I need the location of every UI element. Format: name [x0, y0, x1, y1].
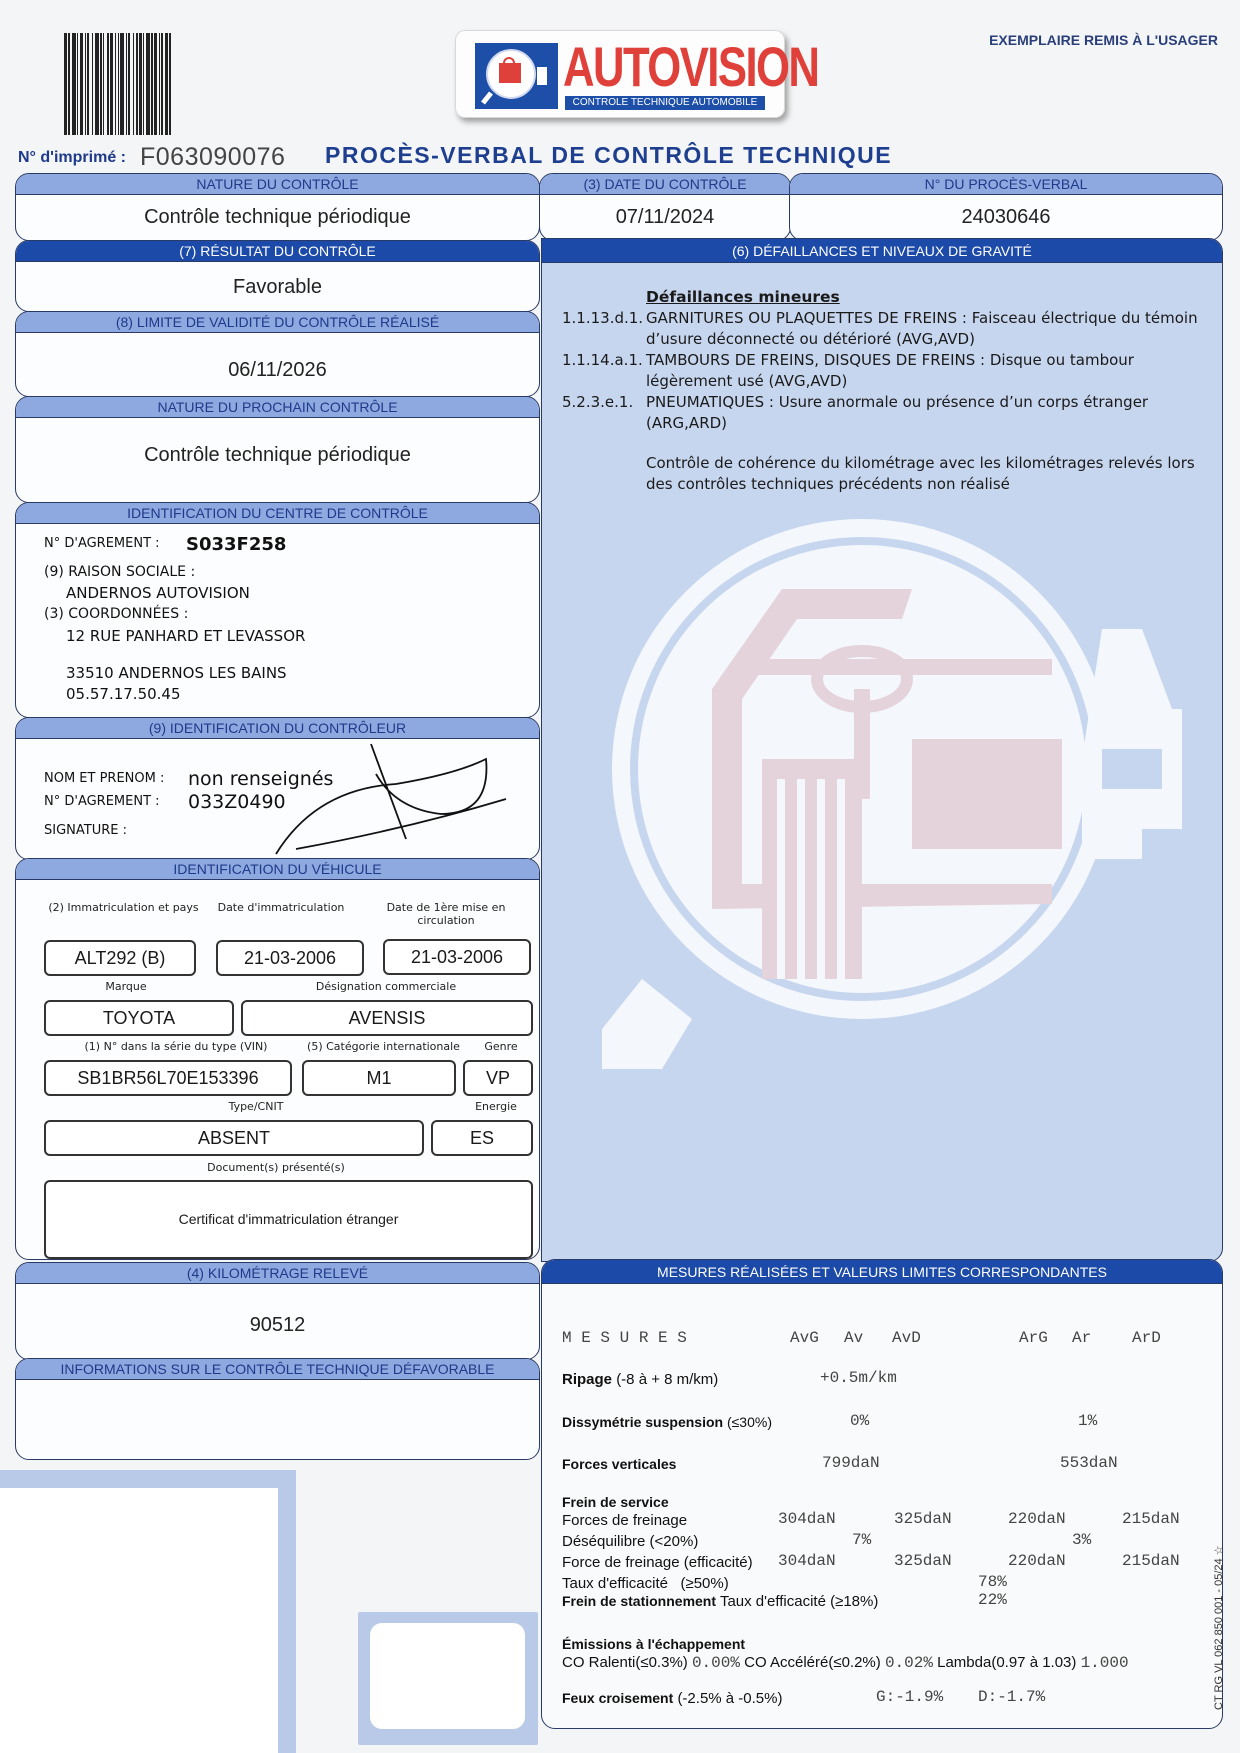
- model-label: Désignation commerciale: [246, 980, 526, 993]
- documents-field: Certificat d'immatriculation étranger: [44, 1180, 533, 1259]
- barcode: [64, 33, 286, 135]
- dipped-beam-limit: (-2.5% à -0.5%): [677, 1690, 782, 1707]
- panel-header: (6) DÉFAILLANCES ET NIVEAUX DE GRAVITÉ: [542, 239, 1222, 263]
- defects-panel: (6) DÉFAILLANCES ET NIVEAUX DE GRAVITÉ D…: [541, 238, 1223, 1262]
- vehicle-panel: IDENTIFICATION DU VÉHICULE (2) Immatricu…: [15, 858, 540, 1260]
- imbalance-front: 7%: [852, 1531, 871, 1549]
- defect-code: 1.1.14.a.1.: [562, 350, 646, 392]
- defect-code: 5.2.3.e.1.: [562, 392, 646, 434]
- make-label: Marque: [76, 980, 176, 993]
- panel-header: (8) LIMITE DE VALIDITÉ DU CONTRÔLE RÉALI…: [16, 312, 539, 333]
- lambda-label: Lambda(0.97 à 1.03): [937, 1654, 1076, 1671]
- parking-brake-label: Frein de stationnement: [562, 1593, 716, 1609]
- panel-header: MESURES RÉALISÉES ET VALEURS LIMITES COR…: [542, 1260, 1222, 1284]
- panel-header: NATURE DU CONTRÔLE: [16, 174, 539, 195]
- inspector-name-label: NOM ET PRENOM :: [44, 771, 164, 786]
- copy-label: EXEMPLAIRE REMIS À L'USAGER: [989, 32, 1218, 48]
- braking-force-ard: 215daN: [1122, 1510, 1180, 1528]
- report-number: 24030646: [790, 195, 1222, 229]
- emissions-row: CO Ralenti(≤0.3%) 0.00% CO Accéléré(≤0.2…: [562, 1654, 1129, 1672]
- braking-force-avg: 304daN: [778, 1510, 836, 1528]
- vin-label: (1) N° dans la série du type (VIN): [76, 1040, 276, 1053]
- parking-brake-row: Frein de stationnement Taux d'efficacité…: [562, 1593, 878, 1610]
- control-date-panel: (3) DATE DU CONTRÔLE 07/11/2024: [539, 173, 791, 241]
- mileage-panel: (4) KILOMÉTRAGE RELEVÉ 90512: [15, 1262, 540, 1360]
- column-ar: Ar: [1072, 1329, 1091, 1347]
- column-avd: AvD: [892, 1329, 921, 1347]
- imbalance-rear: 3%: [1072, 1531, 1091, 1549]
- service-brake-label: Frein de service: [562, 1494, 669, 1510]
- documents-label: Document(s) présenté(s): [146, 1161, 406, 1174]
- efficiency-force-ard: 215daN: [1122, 1552, 1180, 1570]
- column-avg: AvG: [790, 1329, 819, 1347]
- signature-scribble-icon: [256, 739, 516, 859]
- hologram-window: [358, 1612, 538, 1745]
- side-reference: CT RG VL 062 850 001 - 05/24 ☆: [1212, 1545, 1225, 1710]
- panel-header: (7) RÉSULTAT DU CONTRÔLE: [16, 241, 539, 262]
- suspension-label: Dissymétrie suspension: [562, 1414, 723, 1430]
- mileage-coherence-note: Contrôle de cohérence du kilométrage ave…: [646, 453, 1202, 495]
- first-use-label: Date de 1ère mise en circulation: [371, 901, 521, 927]
- signature-label: SIGNATURE :: [44, 823, 127, 838]
- column-arg: ArG: [1019, 1329, 1048, 1347]
- parking-rate: 22%: [978, 1591, 1007, 1609]
- efficiency-rate-label: Taux d'efficacité (≥50%): [562, 1575, 729, 1592]
- defect-code: 1.1.13.d.1.: [562, 308, 646, 350]
- defect-item: 1.1.13.d.1. GARNITURES OU PLAQUETTES DE …: [562, 308, 1202, 350]
- energy-label: Energie: [461, 1100, 531, 1113]
- hologram-window-inner: [370, 1623, 525, 1729]
- defect-item: 5.2.3.e.1. PNEUMATIQUES : Usure anormale…: [562, 392, 1202, 434]
- suspension-limit: (≤30%): [727, 1414, 772, 1430]
- vertical-forces-label: Forces verticales: [562, 1456, 676, 1472]
- measures-panel: MESURES RÉALISÉES ET VALEURS LIMITES COR…: [541, 1259, 1223, 1729]
- first-use-field: 21-03-2006: [383, 939, 531, 975]
- type-field: ABSENT: [44, 1120, 424, 1156]
- defect-item: 1.1.14.a.1. TAMBOURS DE FREINS, DISQUES …: [562, 350, 1202, 392]
- report-number-panel: N° DU PROCÈS-VERBAL 24030646: [789, 173, 1223, 241]
- efficiency-force-arg: 220daN: [1008, 1552, 1066, 1570]
- braking-force-arg: 220daN: [1008, 1510, 1066, 1528]
- category-field: M1: [302, 1060, 456, 1096]
- next-control-panel: NATURE DU PROCHAIN CONTRÔLE Contrôle tec…: [15, 396, 540, 503]
- suspension-front: 0%: [850, 1412, 869, 1430]
- braking-forces-label: Forces de freinage: [562, 1512, 687, 1529]
- panel-header: N° DU PROCÈS-VERBAL: [790, 174, 1222, 195]
- panel-header: IDENTIFICATION DU CENTRE DE CONTRÔLE: [16, 503, 539, 524]
- center-agreement: S033F258: [186, 534, 286, 555]
- measures-title: M E S U R E S: [562, 1329, 687, 1347]
- control-nature: Contrôle technique périodique: [16, 195, 539, 229]
- print-number-label: N° d'imprimé :: [18, 149, 126, 167]
- ripage-row: Ripage (-8 à + 8 m/km): [562, 1371, 718, 1388]
- result-panel: (7) RÉSULTAT DU CONTRÔLE Favorable: [15, 240, 540, 312]
- inspector-panel: (9) IDENTIFICATION DU CONTRÔLEUR NOM ET …: [15, 717, 540, 860]
- type-label: Type/CNIT: [156, 1100, 356, 1113]
- co-accel: 0.02%: [885, 1654, 933, 1672]
- efficiency-force-avg: 304daN: [778, 1552, 836, 1570]
- document-title: PROCÈS-VERBAL DE CONTRÔLE TECHNIQUE: [325, 142, 892, 169]
- brand-name: AUTOVISION: [563, 36, 818, 98]
- mileage-value: 90512: [16, 1284, 539, 1337]
- print-number: F063090076: [140, 143, 285, 172]
- genre-label: Genre: [471, 1040, 531, 1053]
- panel-header: (3) DATE DU CONTRÔLE: [540, 174, 790, 195]
- phone: 05.57.17.50.45: [66, 685, 181, 703]
- brand-subtitle: CONTROLE TECHNIQUE AUTOMOBILE: [565, 96, 765, 110]
- braking-force-avd: 325daN: [894, 1510, 952, 1528]
- ripage-limit: (-8 à + 8 m/km): [616, 1371, 718, 1388]
- vertical-rear: 553daN: [1060, 1454, 1118, 1472]
- magnifier-car-icon: [475, 43, 558, 109]
- validity-date: 06/11/2026: [16, 333, 539, 382]
- address-line2: 33510 ANDERNOS LES BAINS: [66, 664, 287, 682]
- suspension-rear: 1%: [1078, 1412, 1097, 1430]
- defect-text: PNEUMATIQUES : Usure anormale ou présenc…: [646, 392, 1202, 434]
- parking-rate-label: Taux d'efficacité (≥18%): [720, 1593, 878, 1610]
- defects-list: Défaillances mineures 1.1.13.d.1. GARNIT…: [562, 287, 1202, 495]
- center-agreement-label: N° D'AGREMENT :: [44, 536, 160, 551]
- energy-field: ES: [431, 1120, 533, 1156]
- efficiency-force-label: Force de freinage (efficacité): [562, 1554, 753, 1571]
- defect-text: GARNITURES OU PLAQUETTES DE FREINS : Fai…: [646, 308, 1202, 350]
- registration-date-field: 21-03-2006: [216, 940, 364, 976]
- panel-header: IDENTIFICATION DU VÉHICULE: [16, 859, 539, 880]
- model-field: AVENSIS: [241, 1000, 533, 1036]
- vertical-front: 799daN: [822, 1454, 880, 1472]
- autovision-logo: AUTOVISION CONTROLE TECHNIQUE AUTOMOBILE: [455, 30, 785, 118]
- dipped-beam-right: D:-1.7%: [978, 1688, 1045, 1706]
- lambda-value: 1.000: [1081, 1654, 1129, 1672]
- company-label: (9) RAISON SOCIALE :: [44, 564, 195, 580]
- dipped-beam-left: G:-1.9%: [876, 1688, 943, 1706]
- panel-header: (4) KILOMÉTRAGE RELEVÉ: [16, 1263, 539, 1284]
- defect-text: TAMBOURS DE FREINS, DISQUES DE FREINS : …: [646, 350, 1202, 392]
- column-av: Av: [844, 1329, 863, 1347]
- validity-panel: (8) LIMITE DE VALIDITÉ DU CONTRÔLE RÉALI…: [15, 311, 540, 397]
- suspension-row: Dissymétrie suspension (≤30%): [562, 1414, 772, 1430]
- address-line1: 12 RUE PANHARD ET LEVASSOR: [66, 627, 305, 645]
- dipped-beam-row: Feux croisement (-2.5% à -0.5%): [562, 1690, 782, 1707]
- co-accel-label: CO Accéléré(≤0.2%): [744, 1654, 881, 1671]
- registration-date-label: Date d'immatriculation: [206, 901, 356, 914]
- category-label: (5) Catégorie internationale: [306, 1040, 461, 1053]
- panel-header: INFORMATIONS SUR LE CONTRÔLE TECHNIQUE D…: [16, 1359, 539, 1380]
- dipped-beam-label: Feux croisement: [562, 1690, 673, 1706]
- panel-header: (9) IDENTIFICATION DU CONTRÔLEUR: [16, 718, 539, 739]
- unfavorable-info-panel: INFORMATIONS SUR LE CONTRÔLE TECHNIQUE D…: [15, 1358, 540, 1460]
- control-nature-panel: NATURE DU CONTRÔLE Contrôle technique pé…: [15, 173, 540, 241]
- column-ard: ArD: [1132, 1329, 1161, 1347]
- emissions-label: Émissions à l'échappement: [562, 1636, 745, 1652]
- stamp-area: [0, 1470, 296, 1753]
- center-panel: IDENTIFICATION DU CENTRE DE CONTRÔLE N° …: [15, 502, 540, 718]
- defects-heading: Défaillances mineures: [646, 287, 1202, 308]
- make-field: TOYOTA: [44, 1000, 234, 1036]
- control-result: Favorable: [16, 262, 539, 299]
- registration-label: (2) Immatriculation et pays: [41, 901, 206, 914]
- watermark-logo-icon: [582, 509, 1202, 1129]
- contact-label: (3) COORDONNÉES :: [44, 606, 188, 622]
- inspector-agreement-label: N° D'AGREMENT :: [44, 794, 160, 809]
- vin-field: SB1BR56L70E153396: [44, 1060, 292, 1096]
- ripage-label: Ripage: [562, 1371, 612, 1388]
- co-idle-label: CO Ralenti(≤0.3%): [562, 1654, 688, 1671]
- genre-field: VP: [463, 1060, 533, 1096]
- panel-header: NATURE DU PROCHAIN CONTRÔLE: [16, 397, 539, 418]
- imbalance-label: Déséquilibre (<20%): [562, 1533, 698, 1550]
- company-name: ANDERNOS AUTOVISION: [66, 584, 250, 602]
- efficiency-rate: 78%: [978, 1573, 1007, 1591]
- control-date: 07/11/2024: [540, 195, 790, 229]
- next-control: Contrôle technique périodique: [16, 418, 539, 467]
- efficiency-force-avd: 325daN: [894, 1552, 952, 1570]
- ripage-value: +0.5m/km: [820, 1369, 897, 1387]
- registration-field: ALT292 (B): [44, 940, 196, 976]
- co-idle: 0.00%: [692, 1654, 740, 1672]
